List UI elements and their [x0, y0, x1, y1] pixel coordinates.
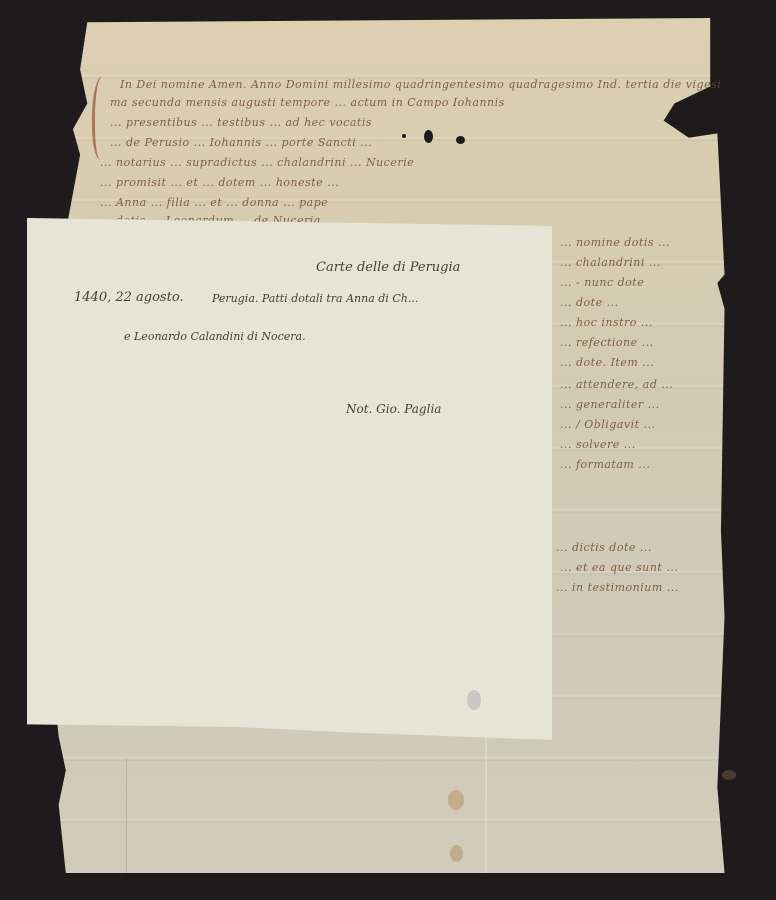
parchment-line: ... et ea que sunt ...: [560, 561, 678, 574]
ink-blot: [456, 136, 465, 144]
parchment-line: ... notarius ... supradictus ... chaland…: [100, 156, 414, 169]
parchment-line: ... / Obligavit ...: [560, 418, 656, 431]
parchment-line: ... in testimonium ...: [556, 581, 679, 594]
parchment-line: ... dote. Item ...: [560, 356, 654, 369]
parchment-line: ... promisit ... et ... dotem ... honest…: [100, 176, 339, 189]
ink-blot: [424, 130, 433, 143]
fold-line: [126, 758, 127, 888]
parchment-line: ... refectione ...: [560, 336, 654, 349]
parchment-line: ... Anna ... filia ... et ... donna ... …: [100, 196, 328, 209]
parchment-line: ... dote ...: [560, 296, 619, 309]
stain: [722, 770, 736, 780]
parchment-line: ... chalandrini ...: [560, 256, 661, 269]
slip-line-2: e Leonardo Calandini di Nocera.: [124, 330, 306, 343]
parchment-line: ... dictis dote ...: [556, 541, 652, 554]
parchment-line: ... formatam ...: [560, 458, 650, 471]
fold-line: [485, 718, 487, 888]
slip-signature: Not. Gio. Paglia: [346, 402, 441, 416]
parchment-line: ... de Perusio ... Iohannis ... porte Sa…: [110, 136, 372, 149]
parchment-line: ... - nunc dote: [560, 276, 644, 289]
ink-blot: [402, 134, 406, 138]
stain: [467, 690, 481, 710]
parchment-line: ... attendere, ad ...: [560, 378, 673, 391]
parchment-line: ... nomine dotis ...: [560, 236, 670, 249]
parchment-line: ... generaliter ...: [560, 398, 660, 411]
stain: [450, 845, 463, 862]
parchment-line: ... hoc instro ...: [560, 316, 653, 329]
parchment-line: ... solvere ...: [560, 438, 636, 451]
stain: [448, 790, 464, 810]
parchment-line: ma secunda mensis augusti tempore ... ac…: [110, 96, 505, 109]
parchment-line: In Dei nomine Amen. Anno Domini millesim…: [120, 78, 721, 91]
slip-date: 1440, 22 agosto.: [74, 290, 184, 305]
parchment-line: ... presentibus ... testibus ... ad hec …: [110, 116, 372, 129]
slip-heading: Carte delle di Perugia: [316, 260, 460, 275]
slip-line-1: Perugia. Patti dotali tra Anna di Ch...: [212, 292, 418, 305]
